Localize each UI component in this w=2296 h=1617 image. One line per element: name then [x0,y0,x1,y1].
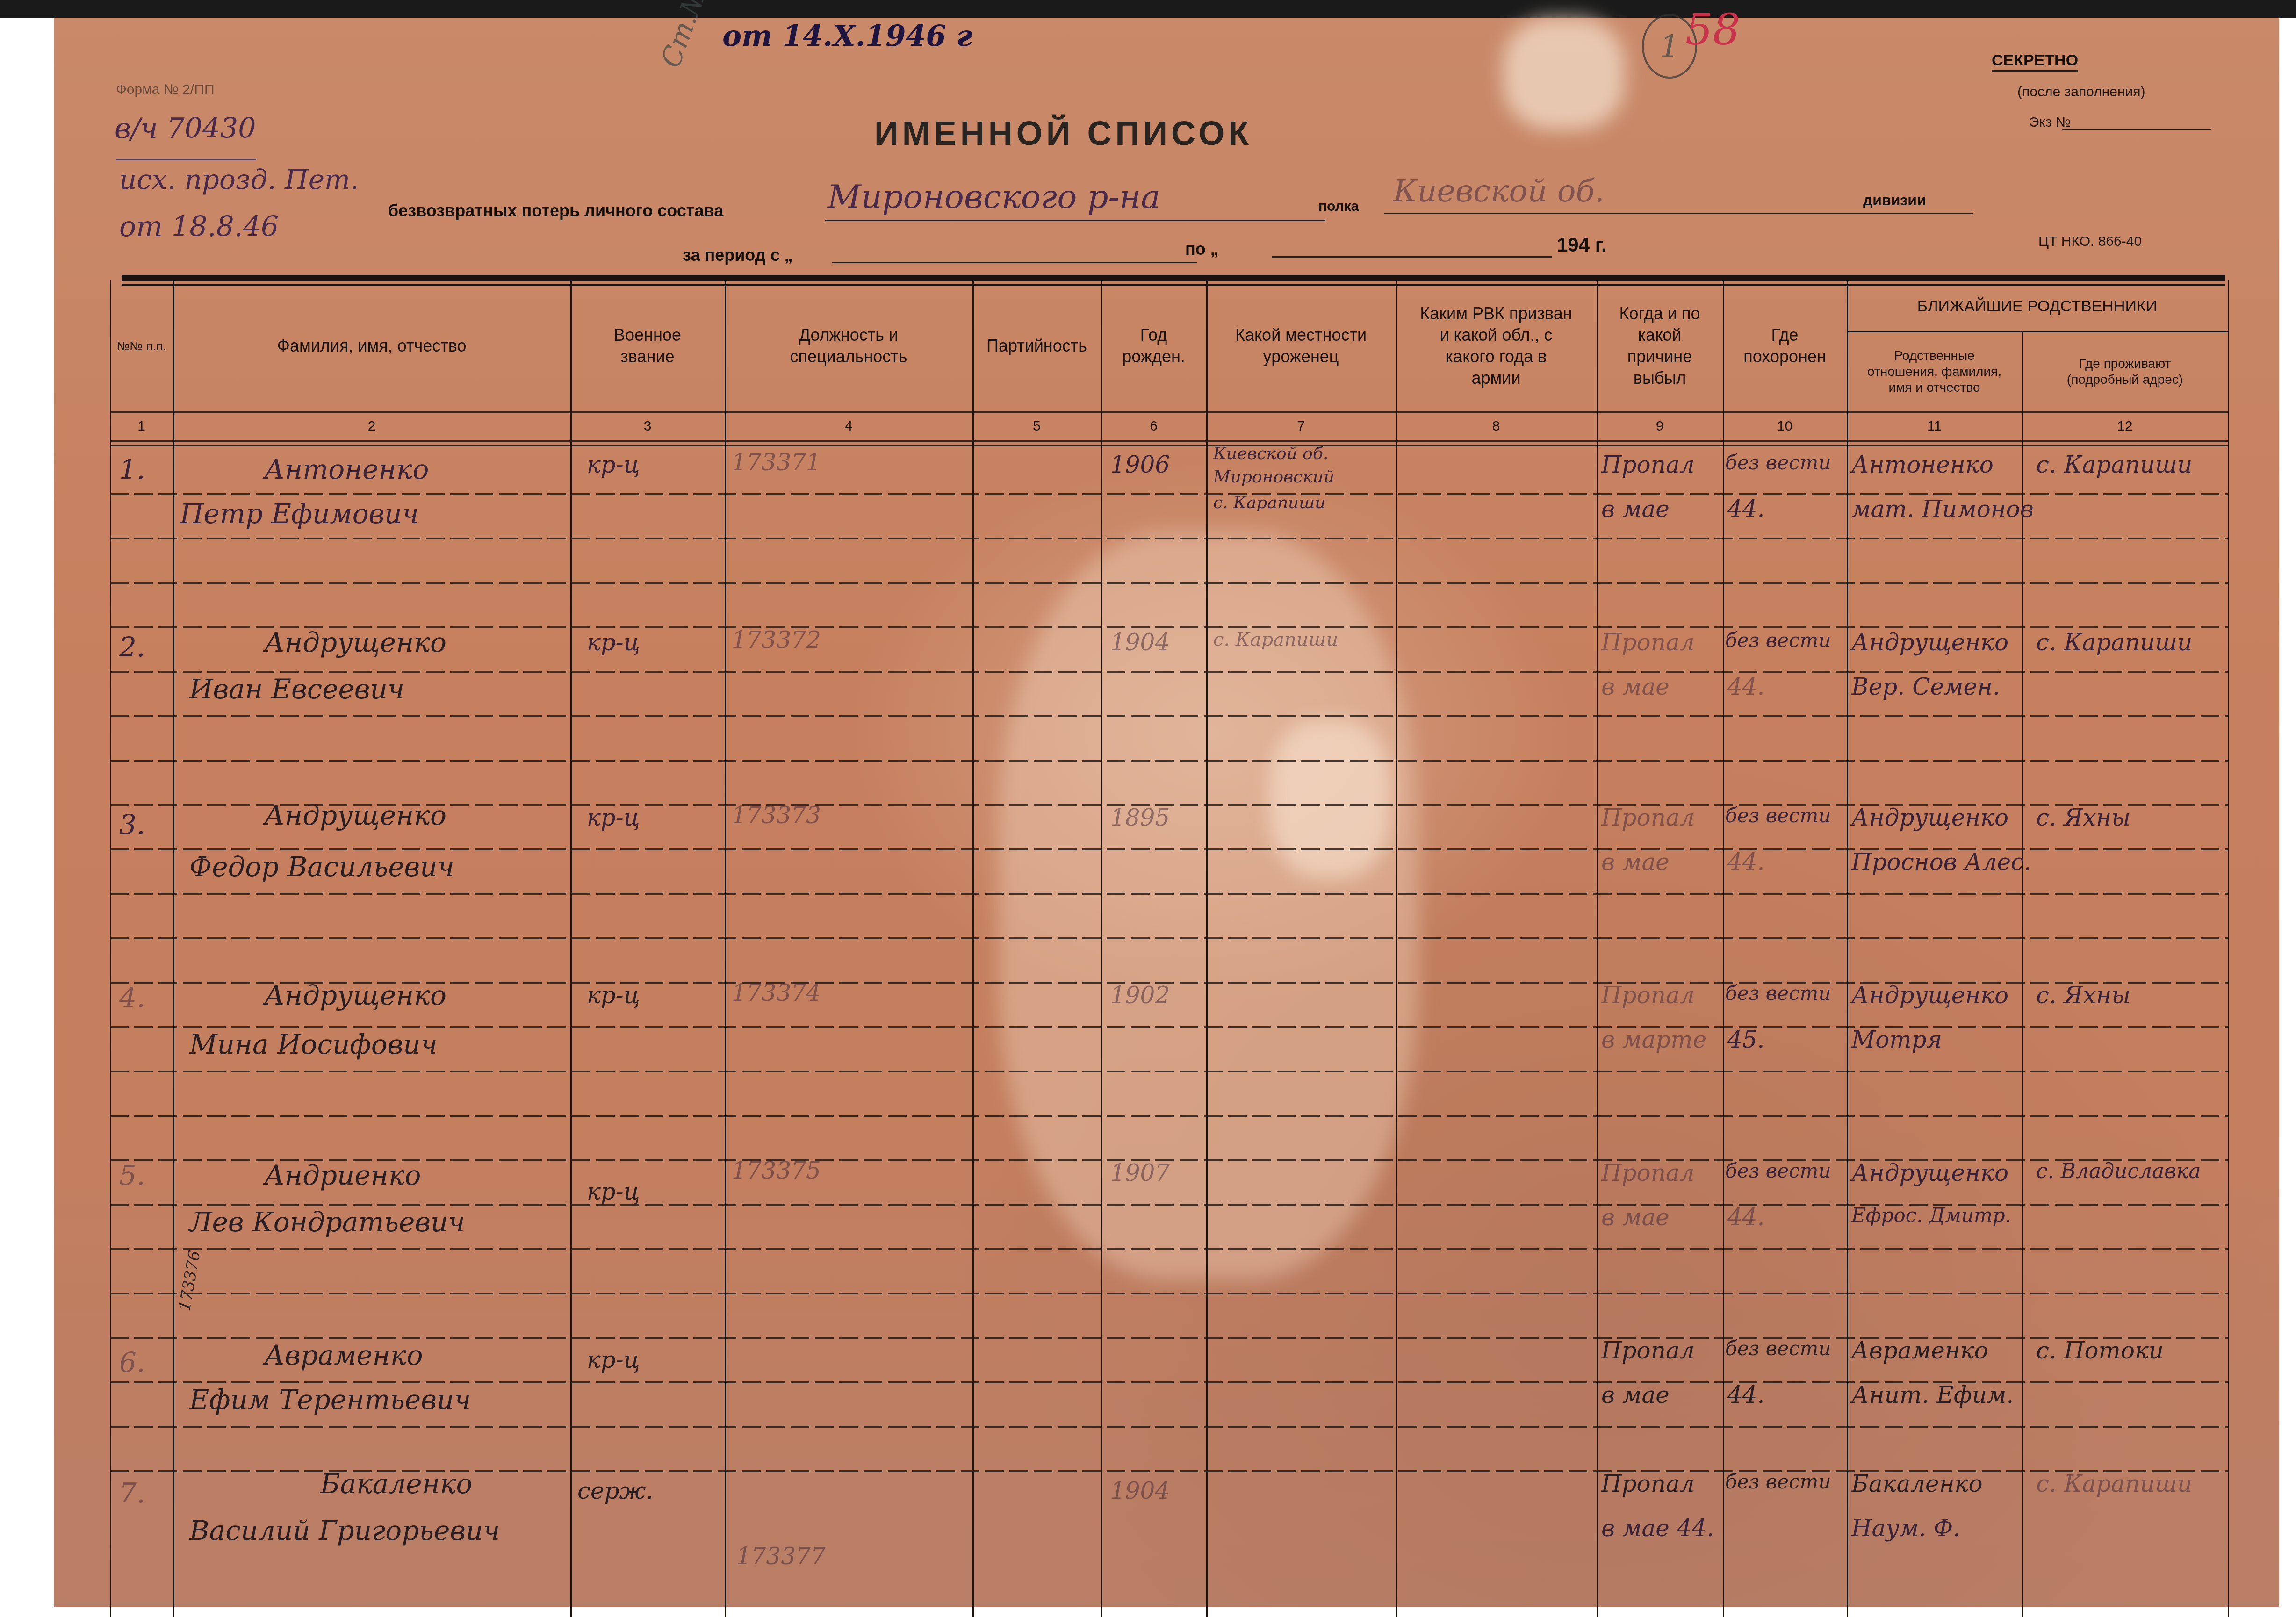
when-left: в мае [1601,1204,1670,1231]
margin-note-unit: в/ч 70430 [115,112,256,145]
col-header-address: Где проживают (подробный адрес) [2022,332,2228,411]
col-header-party: Партийность [972,280,1101,411]
buried: без вести [1725,1159,1831,1182]
buried: без вести [1725,982,1831,1005]
given-name: Федор Васильевич [189,851,454,883]
col-header-rank: Военное звание [570,280,725,411]
relative: Андрущенко [1851,804,2008,831]
period-to-line [1272,256,1552,258]
secret-label: СЕКРЕТНО [1992,51,2078,72]
col-header-when-left: Когда и по какой причине выбыл [1597,280,1723,411]
copy-number-label: Экз № [2029,115,2071,130]
buried: без вести [1725,451,1831,474]
birth-year: 1904 [1110,629,1170,656]
oblast-fill-line [1384,213,1973,214]
buried: без вести [1725,804,1831,827]
when-left: в мае [1601,1381,1670,1409]
buried: без вести [1725,1470,1831,1493]
surname: Авраменко [264,1339,423,1371]
year-label: 194 г. [1557,234,1607,256]
col-number: 4 [725,412,972,440]
position-code: 173372 [732,626,821,654]
surname: Андрущенко [264,626,446,658]
when-left: Пропал [1601,629,1695,656]
when-left: в мае [1601,673,1670,700]
buried: без вести [1725,629,1831,652]
rank: кр-ц [587,1346,640,1373]
col-header-birth-year: Год рожден. [1101,280,1206,411]
given-name: Иван Евсеевич [189,673,404,705]
position-code: 173377 [736,1543,826,1570]
col-divider [1847,280,1848,1617]
relative: Наум. Ф. [1851,1515,1960,1542]
division-label: дивизии [1863,192,1926,209]
buried: 44. [1727,673,1765,700]
col-header-number: №№ п.п. [110,280,173,411]
relative: Вер. Семен. [1851,673,2000,700]
numbers-rule-double [110,445,2228,446]
relative: Антоненко [1851,451,1994,478]
birthplace-line: с. Карапиши [1213,629,1338,650]
after-fill-note: (после заполнения) [2017,84,2145,100]
row-number: 6. [119,1346,145,1378]
col-header-position: Должность и специальность [725,280,972,411]
relative: Ефрос. Дмитр. [1851,1204,2011,1227]
given-name: Ефим Терентьевич [189,1384,471,1416]
address: с. Яхны [2036,982,2130,1009]
period-from-line [832,262,1197,263]
col-divider [725,280,726,1617]
col-divider [110,280,111,1617]
relative: Авраменко [1851,1337,1988,1364]
numbers-rule [110,440,2228,442]
rank: кр-ц [587,804,640,831]
printer-code: ЦТ НКО. 866-40 [2038,234,2142,250]
row-number: 2. [119,631,145,663]
given-name: Лев Кондратьевич [189,1206,465,1238]
relative: Андрущенко [1851,629,2008,656]
period-from-label: за период с „ [683,245,793,265]
address: с. Карапиши [2036,451,2192,478]
col-divider [972,280,974,1617]
col-number: 7 [1206,412,1396,440]
birth-year: 1907 [1110,1159,1170,1186]
col-number: 10 [1723,412,1847,440]
scan-top-border [0,0,2296,18]
row-number: 1. [119,453,145,485]
handwritten-date: от 14.X.1946 г [722,19,972,53]
period-to-label: по „ [1185,239,1219,259]
position-code: 173374 [732,979,821,1006]
given-name: Петр Ефимович [180,498,419,530]
form-number: Форма № 2/ПП [116,82,214,98]
prefix-number: 173376 [175,1249,204,1312]
col-divider [2022,332,2023,1617]
buried: 45. [1727,1026,1765,1053]
buried: 44. [1727,1204,1765,1231]
row-number: 3. [119,809,145,841]
torn-corner [1503,18,1625,130]
col-divider [1723,280,1724,1617]
row-number: 7. [119,1477,145,1509]
margin-note-date: от 18.8.46 [119,210,279,243]
col-header-buried: Где похоронен [1723,280,1847,411]
surname: Бакаленко [320,1468,472,1500]
circled-page-number: 1 [1660,29,1679,65]
birth-year: 1904 [1110,1477,1170,1504]
when-left: Пропал [1601,982,1695,1009]
when-left: в мае [1601,848,1670,876]
row-number: 4. [119,982,145,1013]
given-name: Василий Григорьевич [189,1515,500,1546]
regiment-label: полка [1318,199,1359,215]
when-left: Пропал [1601,804,1695,831]
buried: 44. [1727,848,1765,876]
rank: серж. [577,1477,653,1504]
birth-year: 1906 [1110,451,1170,478]
losses-table: №№ п.п. Фамилия, имя, отчество Военное з… [110,280,2228,1617]
when-left: Пропал [1601,1470,1695,1497]
address: с. Карапиши [2036,1470,2192,1497]
position-code: 173371 [732,449,821,476]
rank: кр-ц [587,451,640,478]
handwritten-unit: Мироновского р-на [828,178,1160,216]
col-divider [1206,280,1208,1617]
row-number: 5. [119,1159,145,1191]
rank: кр-ц [587,629,640,656]
address: с. Владиславка [2036,1159,2201,1183]
col-number: 11 [1847,412,2022,440]
address: с. Яхны [2036,804,2130,831]
surname: Андрущенко [264,979,446,1011]
rank: кр-ц [587,982,640,1009]
col-divider [2228,280,2229,1617]
address: с. Потоки [2036,1337,2164,1364]
col-divider [1597,280,1598,1617]
birth-year: 1902 [1110,982,1170,1009]
col-number: 2 [173,412,570,440]
subtitle-prefix: безвозвратных потерь личного состава [388,201,723,221]
red-page-number: 58 [1685,5,1740,55]
col-number: 9 [1597,412,1723,440]
col-divider [1101,280,1102,1617]
col-number: 6 [1101,412,1206,440]
handwritten-oblast: Киевской об. [1393,173,1605,209]
relative: мат. Пимонов [1851,496,2034,523]
col-divider [570,280,572,1617]
margin-note-underline [116,159,256,160]
when-left: Пропал [1601,451,1695,478]
when-left: в мае [1601,496,1670,523]
col-header-birthplace: Какой местности уроженец [1206,280,1396,411]
copy-number-line [2062,129,2211,130]
col-number: 3 [570,412,725,440]
col-group-header-relatives: БЛИЖАЙШИЕ РОДСТВЕННИКИ [1847,280,2228,332]
when-left: Пропал [1601,1337,1695,1364]
address: с. Карапиши [2036,629,2192,656]
relative: Проснов Алес. [1851,848,2031,876]
buried: 44. [1727,1381,1765,1409]
when-left: Пропал [1601,1159,1695,1186]
surname: Андриенко [264,1159,421,1191]
col-number: 5 [972,412,1101,440]
col-divider [173,280,174,1617]
birthplace-line: Киевской об. [1213,444,1328,463]
when-left: в мае 44. [1601,1515,1714,1542]
secret-stamp: СЕКРЕТНО [1992,51,2078,72]
relative: Анит. Ефим. [1851,1381,2014,1409]
col-number: 1 [110,412,173,440]
birthplace-line: Мироновский [1213,467,1334,487]
position-code: 173375 [732,1157,821,1184]
relative: Андрущенко [1851,1159,2008,1186]
given-name: Мина Иосифович [189,1028,438,1060]
buried: без вести [1725,1337,1831,1360]
birthplace-line: с. Карапиши [1213,493,1326,512]
page-title: ИМЕННОЙ СПИСОК [874,115,1252,153]
col-header-rvk: Каким РВК призван и какой обл., с какого… [1396,280,1597,411]
position-code: 173373 [732,802,821,829]
relative: Андрущенко [1851,982,2008,1009]
col-header-full-name: Фамилия, имя, отчество [173,280,570,411]
relative: Мотря [1851,1026,1942,1053]
buried: 44. [1727,496,1765,523]
col-number: 8 [1396,412,1597,440]
relative: Бакаленко [1851,1470,1983,1497]
when-left: в марте [1601,1026,1706,1053]
surname: Антоненко [264,453,429,485]
col-divider [1396,280,1397,1617]
surname: Андрущенко [264,799,446,831]
margin-note-outgoing: исх. прозд. Пет. [119,164,359,195]
birth-year: 1895 [1110,804,1170,831]
col-number: 12 [2022,412,2228,440]
rank: кр-ц [587,1178,640,1205]
col-header-relative-name: Родственные отношения, фамилия, имя и от… [1847,332,2022,411]
unit-fill-line [825,220,1325,221]
